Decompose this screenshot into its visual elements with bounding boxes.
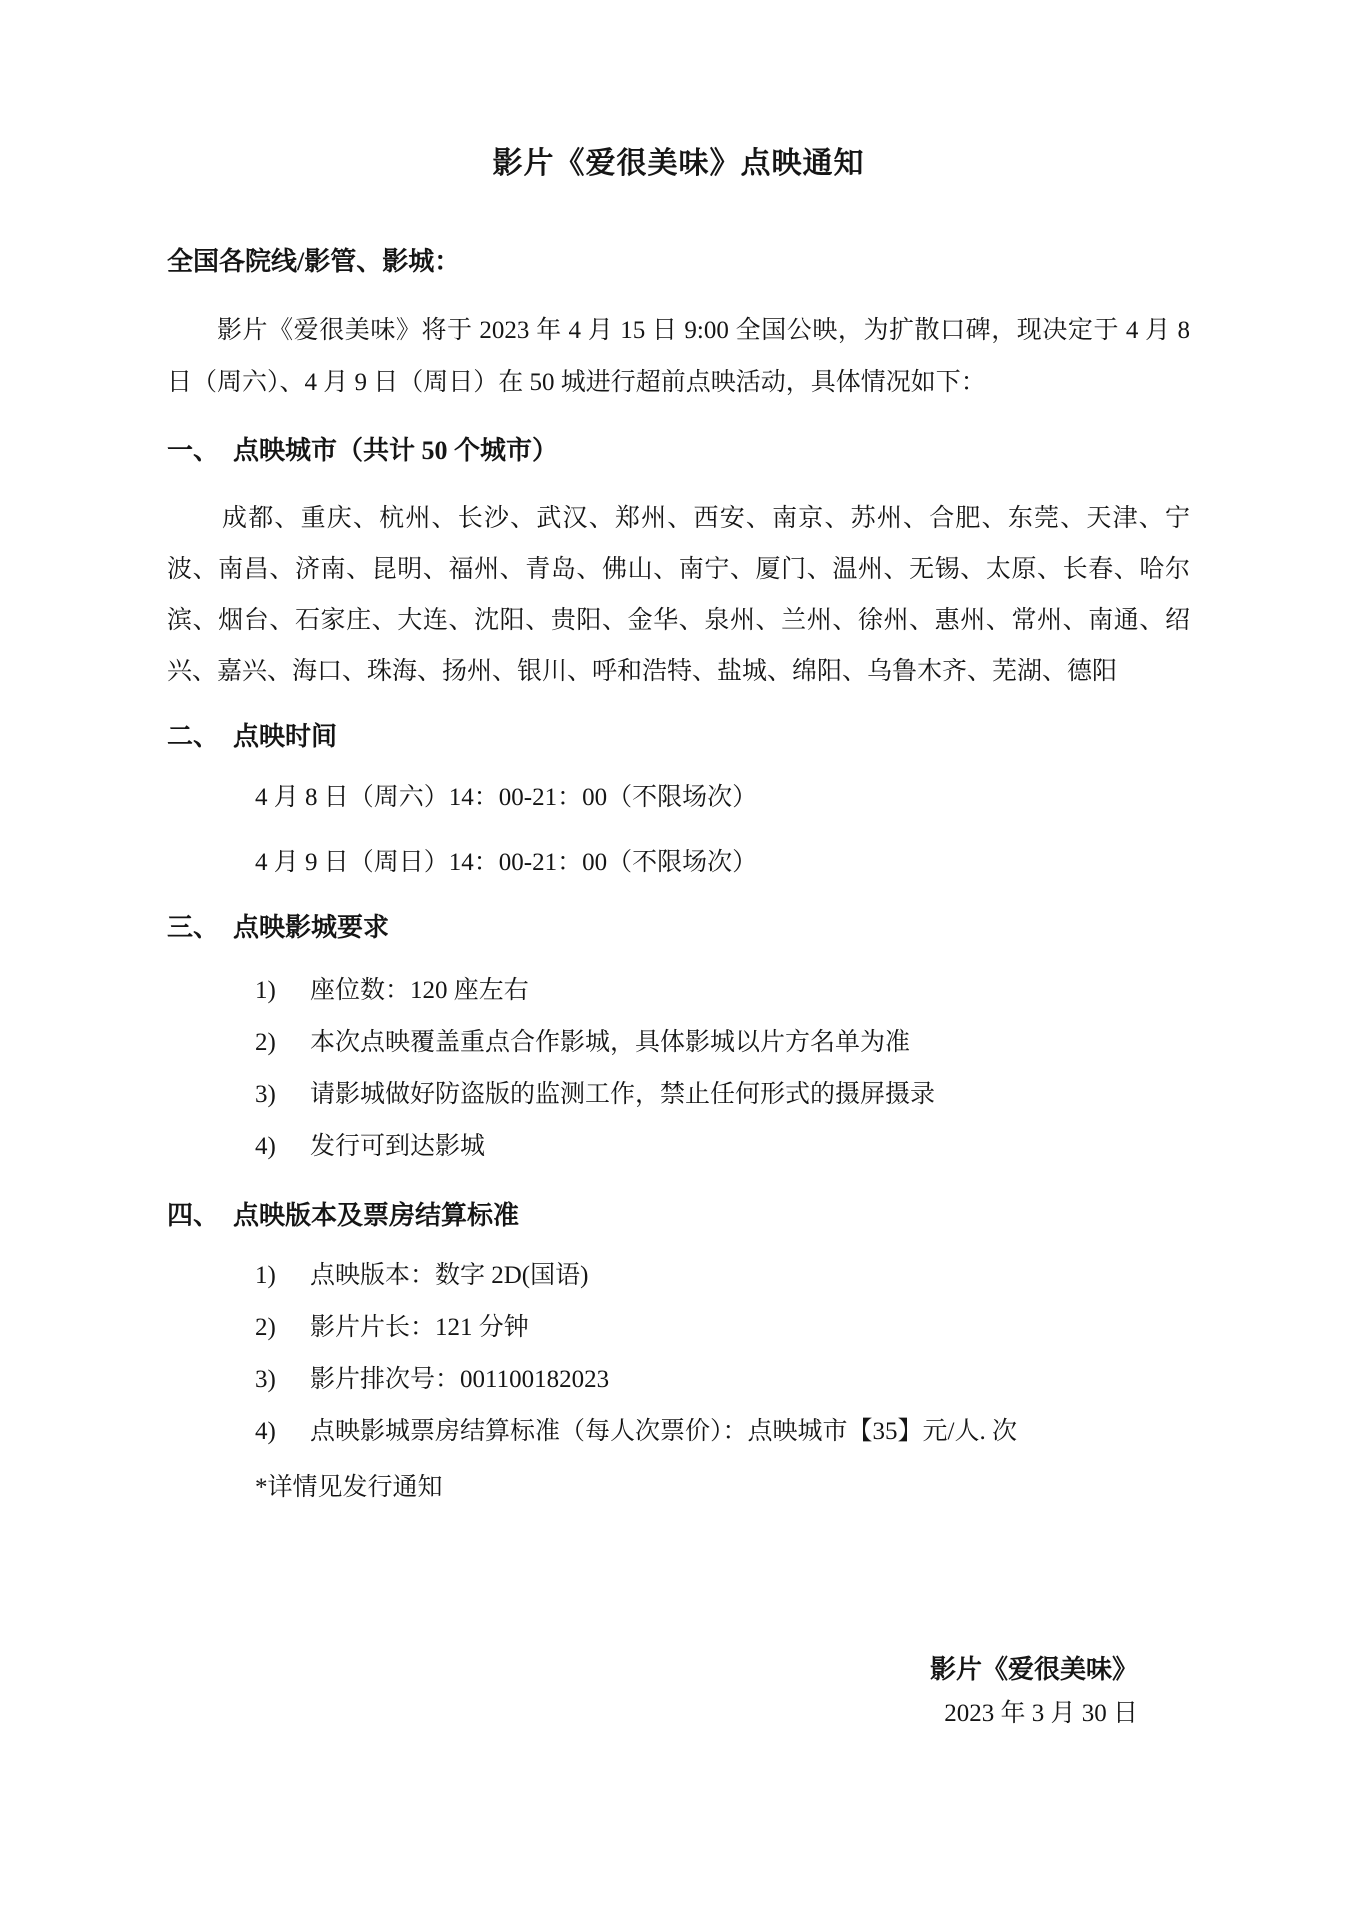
item-text: 影片片长：121 分钟 xyxy=(310,1314,529,1341)
item-number: 3) xyxy=(255,1359,310,1401)
item-text: 座位数：120 座左右 xyxy=(310,977,529,1004)
section-title: 点映影城要求 xyxy=(233,913,389,942)
screening-time-line: 4 月 9 日（周日）14：00-21：00（不限场次） xyxy=(167,840,1190,886)
salutation: 全国各院线/影管、影城： xyxy=(167,243,1190,281)
item-text: 影片排次号：001100182023 xyxy=(310,1366,609,1393)
notice-document: 影片《爱很美味》点映通知 全国各院线/影管、影城： 影片《爱很美味》将于 202… xyxy=(0,0,1358,1920)
list-item: 1)座位数：120 座左右 xyxy=(167,970,1190,1012)
section-heading-times: 二、点映时间 xyxy=(167,717,1190,757)
item-text: 点映影城票房结算标准（每人次票价）：点映城市【35】元/人. 次 xyxy=(310,1418,1017,1445)
item-number: 2) xyxy=(255,1307,310,1349)
list-item: 3)影片排次号：001100182023 xyxy=(167,1359,1190,1401)
section-title: 点映版本及票房结算标准 xyxy=(233,1201,519,1230)
list-item: 4)发行可到达影城 xyxy=(167,1126,1190,1168)
item-text: 请影城做好防盗版的监测工作，禁止任何形式的摄屏摄录 xyxy=(310,1081,935,1108)
section-heading-cities: 一、点映城市（共计 50 个城市） xyxy=(167,431,1190,471)
item-number: 3) xyxy=(255,1074,310,1116)
intro-paragraph: 影片《爱很美味》将于 2023 年 4 月 15 日 9:00 全国公映，为扩散… xyxy=(167,305,1190,409)
section-number: 一、 xyxy=(167,431,219,471)
list-item: 1)点映版本：数字 2D(国语) xyxy=(167,1255,1190,1297)
item-text: 发行可到达影城 xyxy=(310,1133,485,1160)
document-footer: 影片《爱很美味》 2023 年 3 月 30 日 xyxy=(167,1649,1190,1735)
page-title: 影片《爱很美味》点映通知 xyxy=(167,143,1190,185)
section-heading-requirements: 三、点映影城要求 xyxy=(167,908,1190,948)
settlement-list: 1)点映版本：数字 2D(国语) 2)影片片长：121 分钟 3)影片排次号：0… xyxy=(167,1255,1190,1453)
settlement-note: *详情见发行通知 xyxy=(167,1467,1190,1509)
list-item: 2)影片片长：121 分钟 xyxy=(167,1307,1190,1349)
item-number: 1) xyxy=(255,1255,310,1297)
section-number: 三、 xyxy=(167,908,219,948)
section-heading-settlement: 四、点映版本及票房结算标准 xyxy=(167,1196,1190,1236)
item-text: 本次点映覆盖重点合作影城，具体影城以片方名单为准 xyxy=(310,1029,910,1056)
list-item: 3)请影城做好防盗版的监测工作，禁止任何形式的摄屏摄录 xyxy=(167,1074,1190,1116)
footer-date: 2023 年 3 月 30 日 xyxy=(167,1693,1138,1735)
item-number: 4) xyxy=(255,1126,310,1168)
item-text: 点映版本：数字 2D(国语) xyxy=(310,1262,588,1289)
section-number: 四、 xyxy=(167,1196,219,1236)
list-item: 2)本次点映覆盖重点合作影城，具体影城以片方名单为准 xyxy=(167,1022,1190,1064)
item-number: 1) xyxy=(255,970,310,1012)
requirements-list: 1)座位数：120 座左右 2)本次点映覆盖重点合作影城，具体影城以片方名单为准… xyxy=(167,970,1190,1168)
section-number: 二、 xyxy=(167,717,219,757)
screening-times: 4 月 8 日（周六）14：00-21：00（不限场次） 4 月 9 日（周日）… xyxy=(167,775,1190,886)
item-number: 4) xyxy=(255,1411,310,1453)
city-list: 成都、重庆、杭州、长沙、武汉、郑州、西安、南京、苏州、合肥、东莞、天津、宁波、南… xyxy=(167,493,1190,697)
list-item: 4)点映影城票房结算标准（每人次票价）：点映城市【35】元/人. 次 xyxy=(167,1411,1190,1453)
footer-signature: 影片《爱很美味》 xyxy=(167,1649,1138,1691)
section-title: 点映时间 xyxy=(233,722,337,751)
section-title: 点映城市（共计 50 个城市） xyxy=(233,436,558,465)
item-number: 2) xyxy=(255,1022,310,1064)
screening-time-line: 4 月 8 日（周六）14：00-21：00（不限场次） xyxy=(167,775,1190,821)
